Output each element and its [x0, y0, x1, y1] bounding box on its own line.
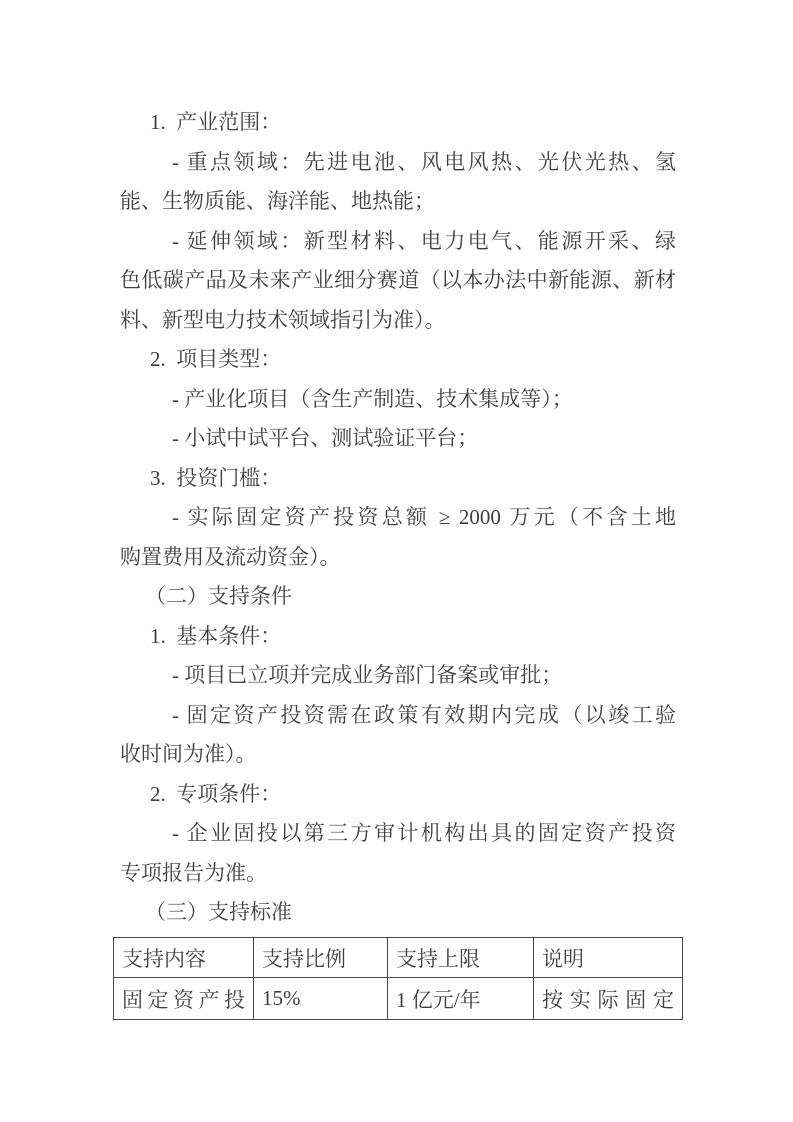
text-line: 专项报告为准。	[120, 854, 676, 894]
cell-support-content: 固定资产投	[114, 978, 254, 1020]
numbered-item-project-type: 2. 项目类型：	[120, 340, 676, 380]
cell-support-cap: 1 亿元/年	[388, 978, 534, 1020]
section-heading-support-conditions: （二）支持条件	[120, 577, 676, 617]
numbered-item-investment-threshold: 3. 投资门槛：	[120, 459, 676, 499]
text-line: 能、生物质能、海洋能、地热能；	[120, 182, 676, 222]
bullet-item-key-areas: - 重点领域：先进电池、风电风热、光伏光热、氢	[120, 143, 676, 183]
table-row: 固定资产投 15% 1 亿元/年 按实际固定	[114, 978, 683, 1020]
bullet-item-audit-report: - 企业固投以第三方审计机构出具的固定资产投资	[120, 814, 676, 854]
col-header-support-ratio: 支持比例	[254, 938, 388, 978]
bullet-item-completion-period: - 固定资产投资需在政策有效期内完成（以竣工验	[120, 696, 676, 736]
col-header-support-cap: 支持上限	[388, 938, 534, 978]
table-header-row: 支持内容 支持比例 支持上限 说明	[114, 938, 683, 978]
bullet-item-extended-areas: - 延伸领域：新型材料、电力电气、能源开采、绿	[120, 222, 676, 262]
numbered-item-basic-conditions: 1. 基本条件：	[120, 617, 676, 657]
bullet-item-investment-total: - 实际固定资产投资总额 ≥ 2000 万元（不含土地	[120, 498, 676, 538]
text-line: 购置费用及流动资金）。	[120, 538, 676, 578]
cell-note: 按实际固定	[534, 978, 683, 1020]
support-standards-table: 支持内容 支持比例 支持上限 说明 固定资产投 15% 1 亿元/年 按实际固定	[113, 937, 683, 1020]
numbered-item-special-conditions: 2. 专项条件：	[120, 775, 676, 815]
text-line: 料、新型电力技术领域指引为准）。	[120, 301, 676, 341]
cell-support-ratio: 15%	[254, 978, 388, 1020]
text-line: 色低碳产品及未来产业细分赛道（以本办法中新能源、新材	[120, 261, 676, 301]
bullet-item-project-filing: - 项目已立项并完成业务部门备案或审批；	[120, 656, 676, 696]
numbered-item-industry-scope: 1. 产业范围：	[120, 103, 676, 143]
section-heading-support-standards: （三）支持标准	[120, 893, 676, 933]
document-page: 1. 产业范围： - 重点领域：先进电池、风电风热、光伏光热、氢 能、生物质能、…	[0, 0, 793, 1122]
bullet-item-pilot-platform: - 小试中试平台、测试验证平台；	[120, 419, 676, 459]
document-body: 1. 产业范围： - 重点领域：先进电池、风电风热、光伏光热、氢 能、生物质能、…	[120, 103, 676, 933]
col-header-support-content: 支持内容	[114, 938, 254, 978]
col-header-note: 说明	[534, 938, 683, 978]
text-line: 收时间为准）。	[120, 735, 676, 775]
bullet-item-industrialization: - 产业化项目（含生产制造、技术集成等）；	[120, 380, 676, 420]
